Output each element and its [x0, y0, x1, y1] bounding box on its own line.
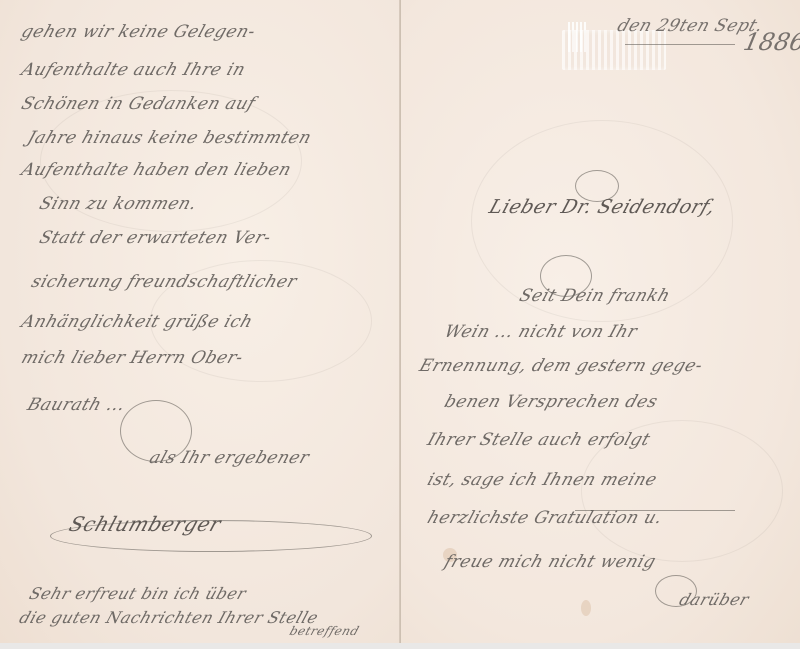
handwritten-line: Aufenthalte haben den lieben — [19, 160, 294, 180]
handwritten-line: Anhänglichkeit grüße ich — [19, 312, 256, 332]
handwritten-line: Ernennung, dem gestern gege- — [417, 356, 706, 376]
closing-line: als Ihr ergebener — [147, 448, 312, 468]
handwritten-line: Aufenthalte auch Ihre in — [19, 60, 248, 80]
handwritten-line: sicherung freundschaftlicher — [29, 272, 300, 292]
postscript-line: die guten Nachrichten Ihrer Stelle — [17, 608, 321, 627]
handwritten-line: Wein ... nicht von Ihr — [442, 322, 640, 342]
handwritten-line: Schönen in Gedanken auf — [19, 94, 258, 114]
handwritten-line: Baurath ... — [25, 395, 128, 415]
handwritten-line: Statt der erwarteten Ver- — [37, 228, 274, 248]
left-page: gehen wir keine Gelegen- Aufenthalte auc… — [0, 0, 400, 643]
ink-stroke — [575, 510, 735, 511]
foxing-stain — [581, 600, 591, 616]
signature-flourish — [50, 520, 372, 552]
handwritten-line: freue mich nicht wenig — [442, 552, 659, 572]
salutation: Lieber Dr. Seidendorf, — [486, 196, 718, 218]
handwritten-line: darüber — [677, 590, 752, 609]
handwritten-line: mich lieber Herrn Ober- — [19, 348, 246, 368]
embossed-letterhead-stamp — [562, 30, 666, 70]
handwritten-line: ist, sage ich Ihnen meine — [425, 470, 660, 490]
handwritten-line: benen Versprechen des — [442, 392, 661, 412]
handwritten-line: Ihrer Stelle auch erfolgt — [425, 430, 653, 450]
handwritten-line: herzlichste Gratulation u. — [425, 508, 665, 528]
date-line: den 29ten Sept. — [615, 16, 766, 36]
year: 1886 — [741, 28, 800, 56]
postscript-line: betreffend — [288, 624, 361, 638]
scan-border — [0, 643, 800, 649]
letter-scan: gehen wir keine Gelegen- Aufenthalte auc… — [0, 0, 800, 643]
handwritten-line: Jahre hinaus keine bestimmten — [25, 128, 314, 148]
handwritten-line: gehen wir keine Gelegen- — [19, 22, 258, 42]
date-underline — [625, 44, 735, 45]
postscript-line: Sehr erfreut bin ich über — [27, 584, 249, 603]
handwritten-line: Seit Dein frankh — [517, 286, 673, 306]
handwritten-line: Sinn zu kommen. — [37, 194, 200, 214]
